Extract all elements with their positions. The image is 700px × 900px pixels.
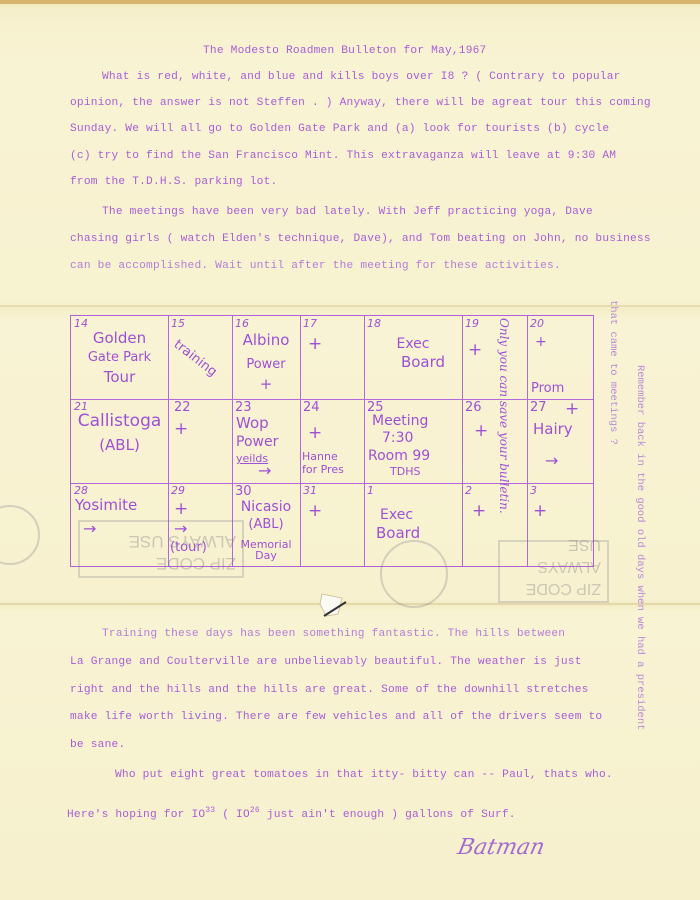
- calendar-cell: 17 +: [300, 316, 364, 399]
- calendar-cell: 22 +: [168, 399, 232, 483]
- calendar-cell: 23 Wop Power yeilds →: [232, 399, 300, 483]
- postmark-center: [380, 540, 448, 608]
- calendar-cell: 31 +: [300, 483, 364, 568]
- calendar-cell: 20 + Prom: [527, 316, 595, 399]
- staple-tear-icon: [318, 592, 348, 620]
- calendar-vertical-note: Only you can save your bulletin.: [497, 318, 511, 514]
- calendar-cell: 14 Golden Gate Park Tour: [71, 316, 168, 399]
- paragraph-5: Here's hoping for IO33 ( IO26 just ain't…: [67, 806, 516, 821]
- paper-top-edge: [0, 0, 700, 4]
- paragraph-1-line: (c) try to find the San Francisco Mint. …: [70, 150, 616, 162]
- paragraph-4: Who put eight great tomatoes in that itt…: [115, 769, 613, 781]
- calendar-cell: 19 +: [462, 316, 527, 399]
- postmark-left: [0, 505, 40, 565]
- paragraph-1-line: Sunday. We will all go to Golden Gate Pa…: [70, 123, 609, 135]
- paragraph-3-line: La Grange and Coulterville are unbelieva…: [70, 656, 582, 668]
- bulletin-title: The Modesto Roadmen Bulleton for May,196…: [203, 45, 486, 57]
- calendar-cell: 24 + Hanne for Pres: [300, 399, 364, 483]
- calendar-cell: 26 +: [462, 399, 527, 483]
- calendar-cell: 16 Albino Power +: [232, 316, 300, 399]
- paragraph-2-line: chasing girls ( watch Elden's technique,…: [70, 233, 651, 245]
- paragraph-3-line: make life worth living. There are few ve…: [70, 711, 602, 723]
- margin-note-line-2: that came to meetings ?: [607, 300, 619, 445]
- signature: Batman: [455, 835, 547, 860]
- paragraph-1-line: opinion, the answer is not Steffen . ) A…: [70, 97, 651, 109]
- paragraph-2-line: The meetings have been very bad lately. …: [102, 206, 593, 218]
- paragraph-1-line: What is red, white, and blue and kills b…: [102, 71, 621, 83]
- calendar-cell: 15 training: [168, 316, 232, 399]
- calendar-cell: 18 Exec Board: [364, 316, 462, 399]
- calendar-cell: 21 Callistoga (ABL): [71, 399, 168, 483]
- calendar-cell: 27 + Hairy →: [527, 399, 595, 483]
- paragraph-2-line: can be accomplished. Wait until after th…: [70, 260, 561, 272]
- margin-note-line-1: Remember back in the good old days when …: [634, 365, 646, 730]
- paragraph-3-line: be sane.: [70, 739, 125, 751]
- paper-fold: [0, 305, 700, 307]
- paper-fold: [0, 603, 700, 605]
- paragraph-3-line: right and the hills and the hills are gr…: [70, 684, 589, 696]
- zip-code-stamp-right: ZIP CODEALWAYS USE: [498, 540, 609, 603]
- paragraph-1-line: from the T.D.H.S. parking lot.: [70, 176, 277, 188]
- calendar-cell: 25 Meeting 7:30 Room 99 TDHS: [364, 399, 462, 483]
- paragraph-3-line: Training these days has been something f…: [102, 628, 565, 640]
- zip-code-stamp-left: ZIP CODEALWAYS USE: [78, 520, 244, 578]
